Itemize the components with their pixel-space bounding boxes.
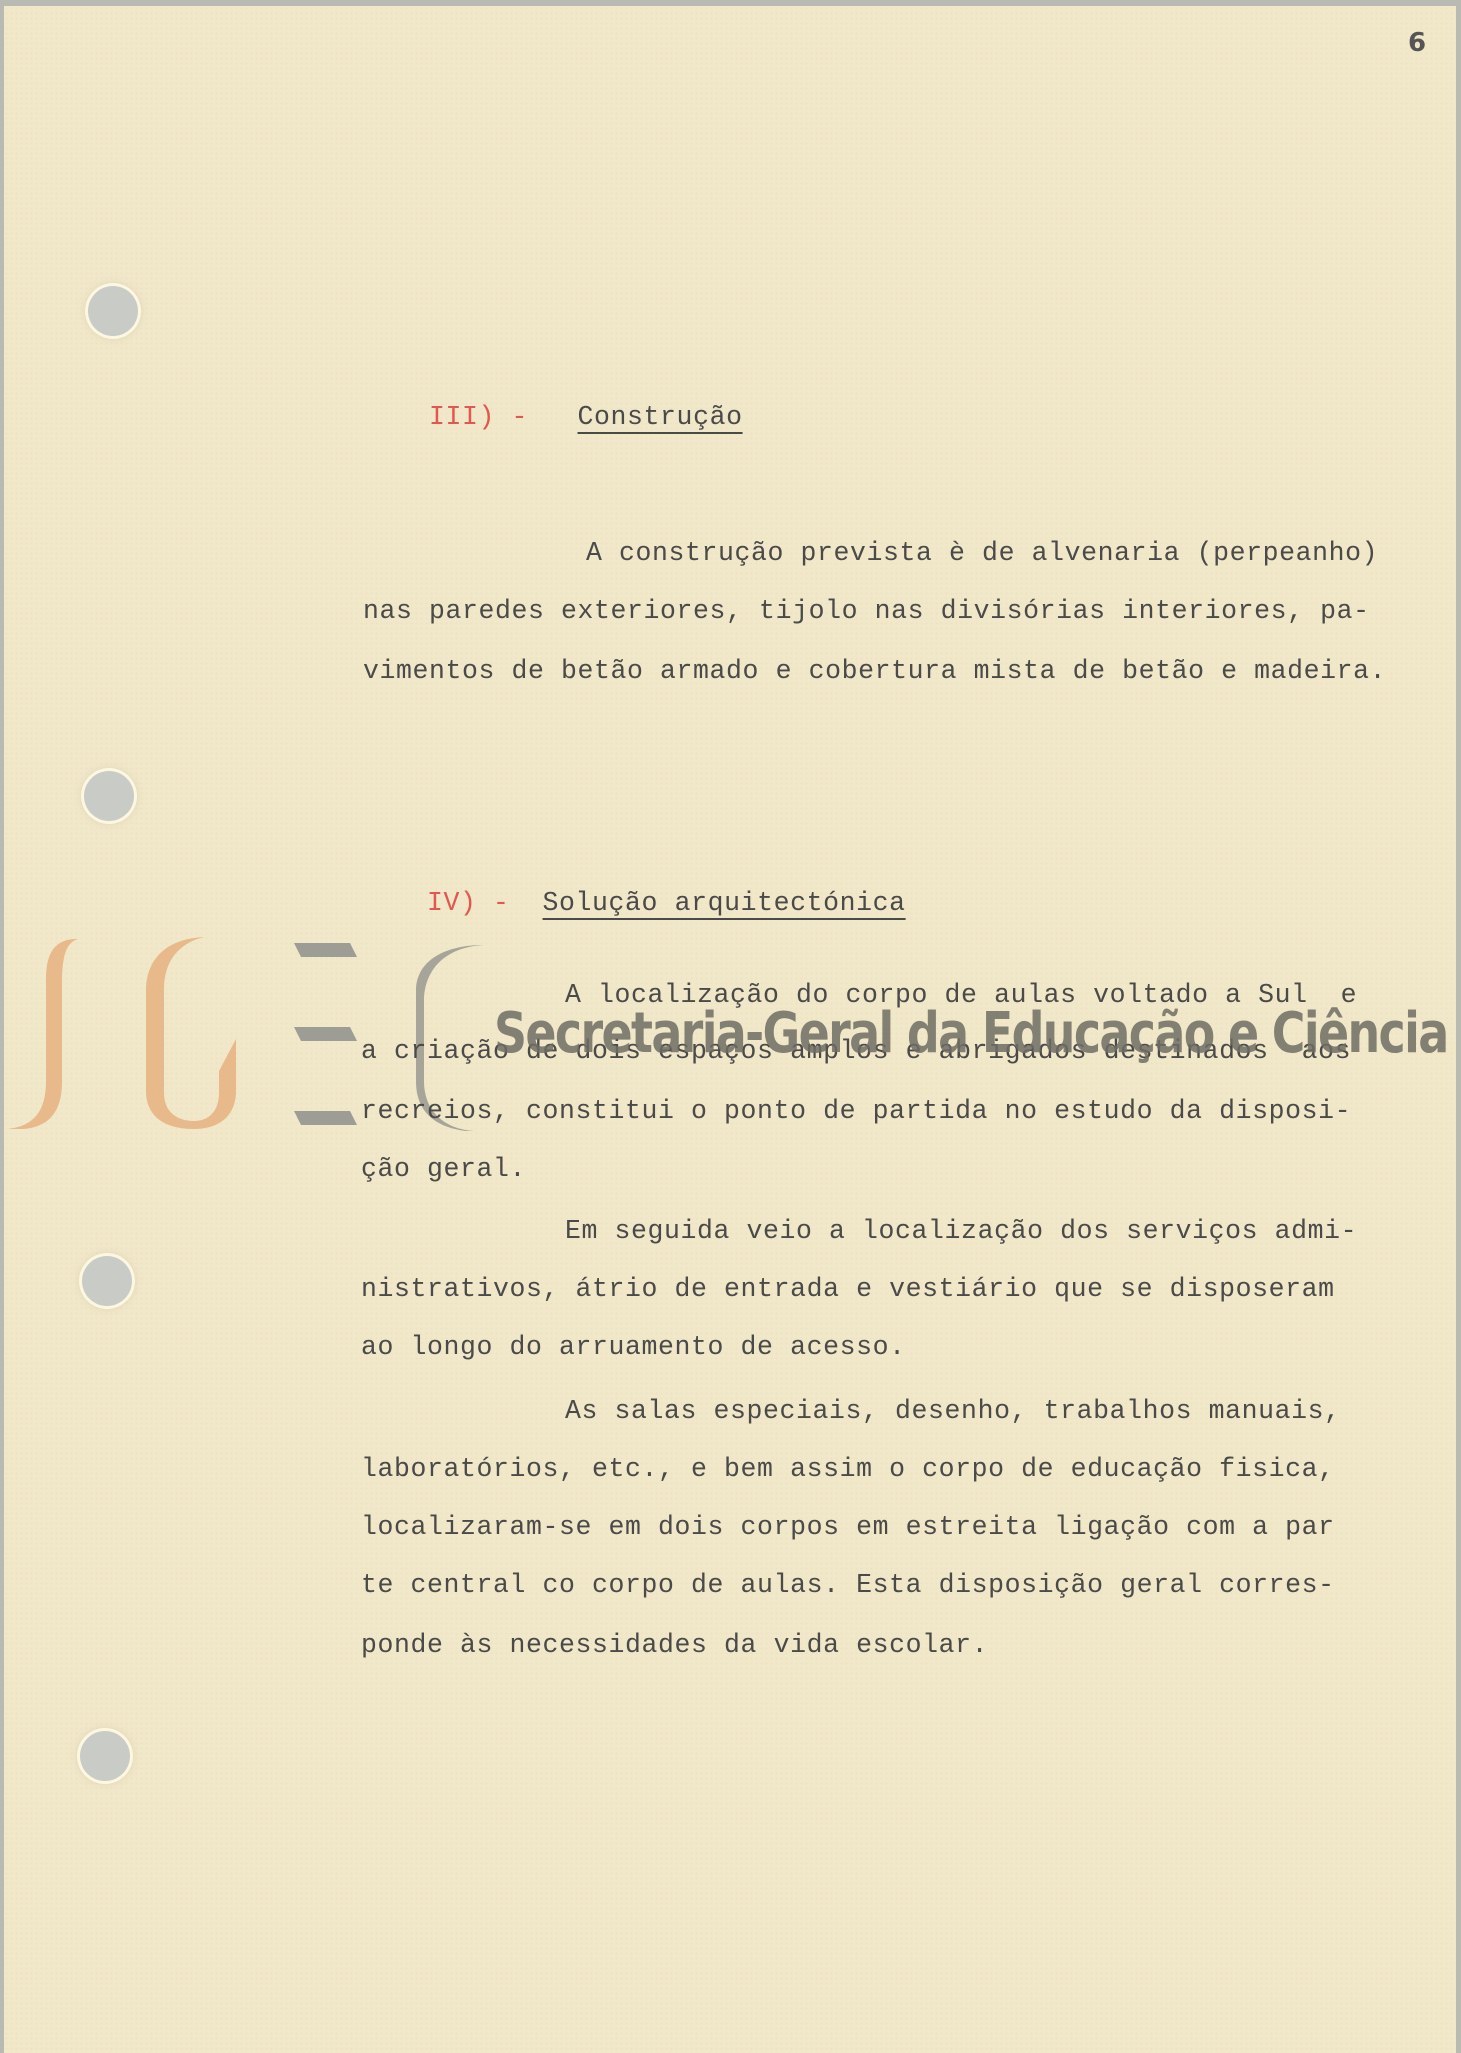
paragraph-line: Em seguida veio a localização dos serviç…	[565, 1216, 1357, 1246]
paragraph-line: laboratórios, etc., e bem assim o corpo …	[361, 1454, 1335, 1484]
paragraph-line: nistrativos, átrio de entrada e vestiári…	[361, 1274, 1335, 1304]
watermark-text: Secretaria-Geral da Educação e Ciência	[494, 1001, 1448, 1066]
punch-hole	[82, 1256, 132, 1306]
paragraph-line: te central co corpo de aulas. Esta dispo…	[361, 1570, 1335, 1600]
paragraph-line: ao longo do arruamento de acesso.	[361, 1332, 906, 1362]
punch-hole	[80, 1731, 130, 1781]
document-page: 6 III) - Construção A construção previst…	[4, 6, 1456, 2053]
section-heading-construcao: III) - Construção	[363, 372, 743, 462]
paragraph-line: ponde às necessidades da vida escolar.	[361, 1630, 988, 1660]
punch-hole	[84, 771, 134, 821]
section-number: IV) -	[427, 888, 510, 918]
paragraph-line: As salas especiais, desenho, trabalhos m…	[565, 1396, 1341, 1426]
paragraph-line: localizaram-se em dois corpos em estreit…	[361, 1512, 1335, 1542]
paragraph-line: ção geral.	[361, 1154, 526, 1184]
paragraph-line: nas paredes exteriores, tijolo nas divis…	[363, 596, 1370, 626]
paragraph-line: recreios, constitui o ponto de partida n…	[361, 1096, 1351, 1126]
section-title: Construção	[578, 402, 743, 432]
section-number: III) -	[429, 402, 528, 432]
section-heading-solucao-arquitectonica: IV) - Solução arquitectónica	[361, 858, 906, 948]
punch-hole	[88, 286, 138, 336]
paragraph-line: A construção prevista è de alvenaria (pe…	[586, 538, 1378, 568]
section-title: Solução arquitectónica	[543, 888, 906, 918]
page-number: 6	[1408, 28, 1426, 58]
paragraph-line: vimentos de betão armado e cobertura mis…	[363, 656, 1386, 686]
